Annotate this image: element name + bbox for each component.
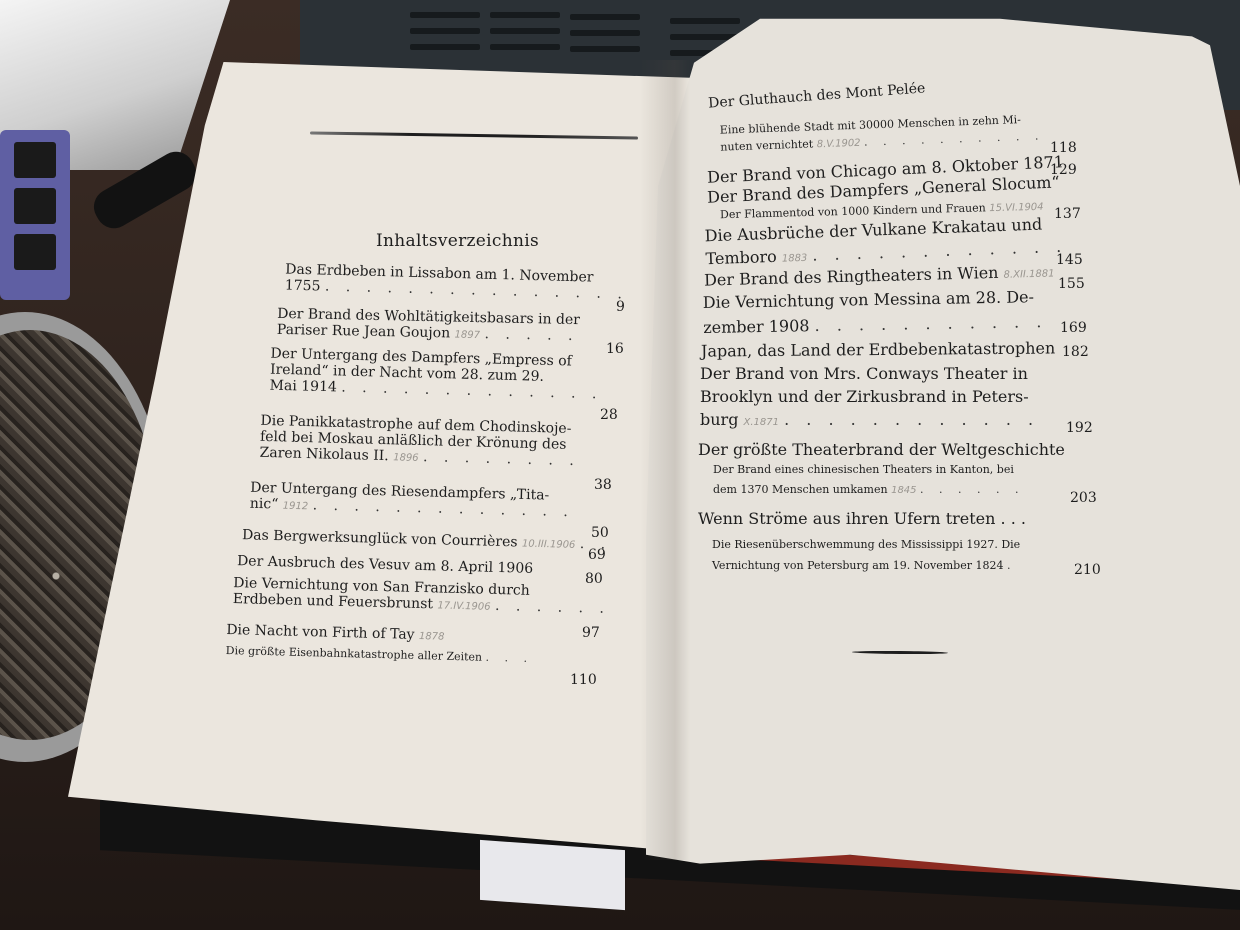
page-number: 155 xyxy=(1058,276,1085,292)
toc-entry: Wenn Ströme aus ihren Ufern treten . . . xyxy=(698,509,1026,528)
toc-entry: Der Brand des Wohltätigkeitsbasars in de… xyxy=(277,306,580,344)
book-gutter xyxy=(640,60,690,860)
page-number: 69 xyxy=(588,547,606,563)
page-number: 97 xyxy=(582,625,600,641)
page-number: 192 xyxy=(1066,420,1093,436)
page-number: 28 xyxy=(600,407,618,423)
toc-entry: Die Vernichtung von Messina am 28. De- z… xyxy=(703,287,1048,337)
page-number: 16 xyxy=(606,341,624,357)
toc-entry: Der Untergang des Dampfers „Empress of I… xyxy=(269,346,603,403)
power-strip xyxy=(0,130,70,300)
toc-entry: Die Panikkatastrophe auf dem Chodinskoje… xyxy=(259,413,580,469)
toc-entry: Der Brand von Mrs. Conways Theater in Br… xyxy=(700,364,1039,429)
page-number: 182 xyxy=(1062,344,1089,360)
page-number: 38 xyxy=(594,477,612,493)
toc-entry: Der größte Theaterbrand der Weltgeschich… xyxy=(698,440,1065,459)
page-number: 169 xyxy=(1060,320,1087,336)
page-number: 203 xyxy=(1070,490,1097,506)
paper-bookmark xyxy=(480,840,625,910)
page-number: 110 xyxy=(570,672,597,688)
toc-title: Inhaltsverzeichnis xyxy=(376,231,539,251)
page-number: 145 xyxy=(1056,252,1083,268)
toc-entry-subtitle: Der Brand eines chinesischen Theaters in… xyxy=(713,463,1025,496)
toc-entry-subtitle: Die Riesenüberschwemmung des Mississippi… xyxy=(712,538,1020,572)
toc-entry: Japan, das Land der Erdbebenkatastrophen xyxy=(701,338,1055,360)
page-number: 210 xyxy=(1074,562,1101,578)
page-number: 9 xyxy=(616,299,625,315)
